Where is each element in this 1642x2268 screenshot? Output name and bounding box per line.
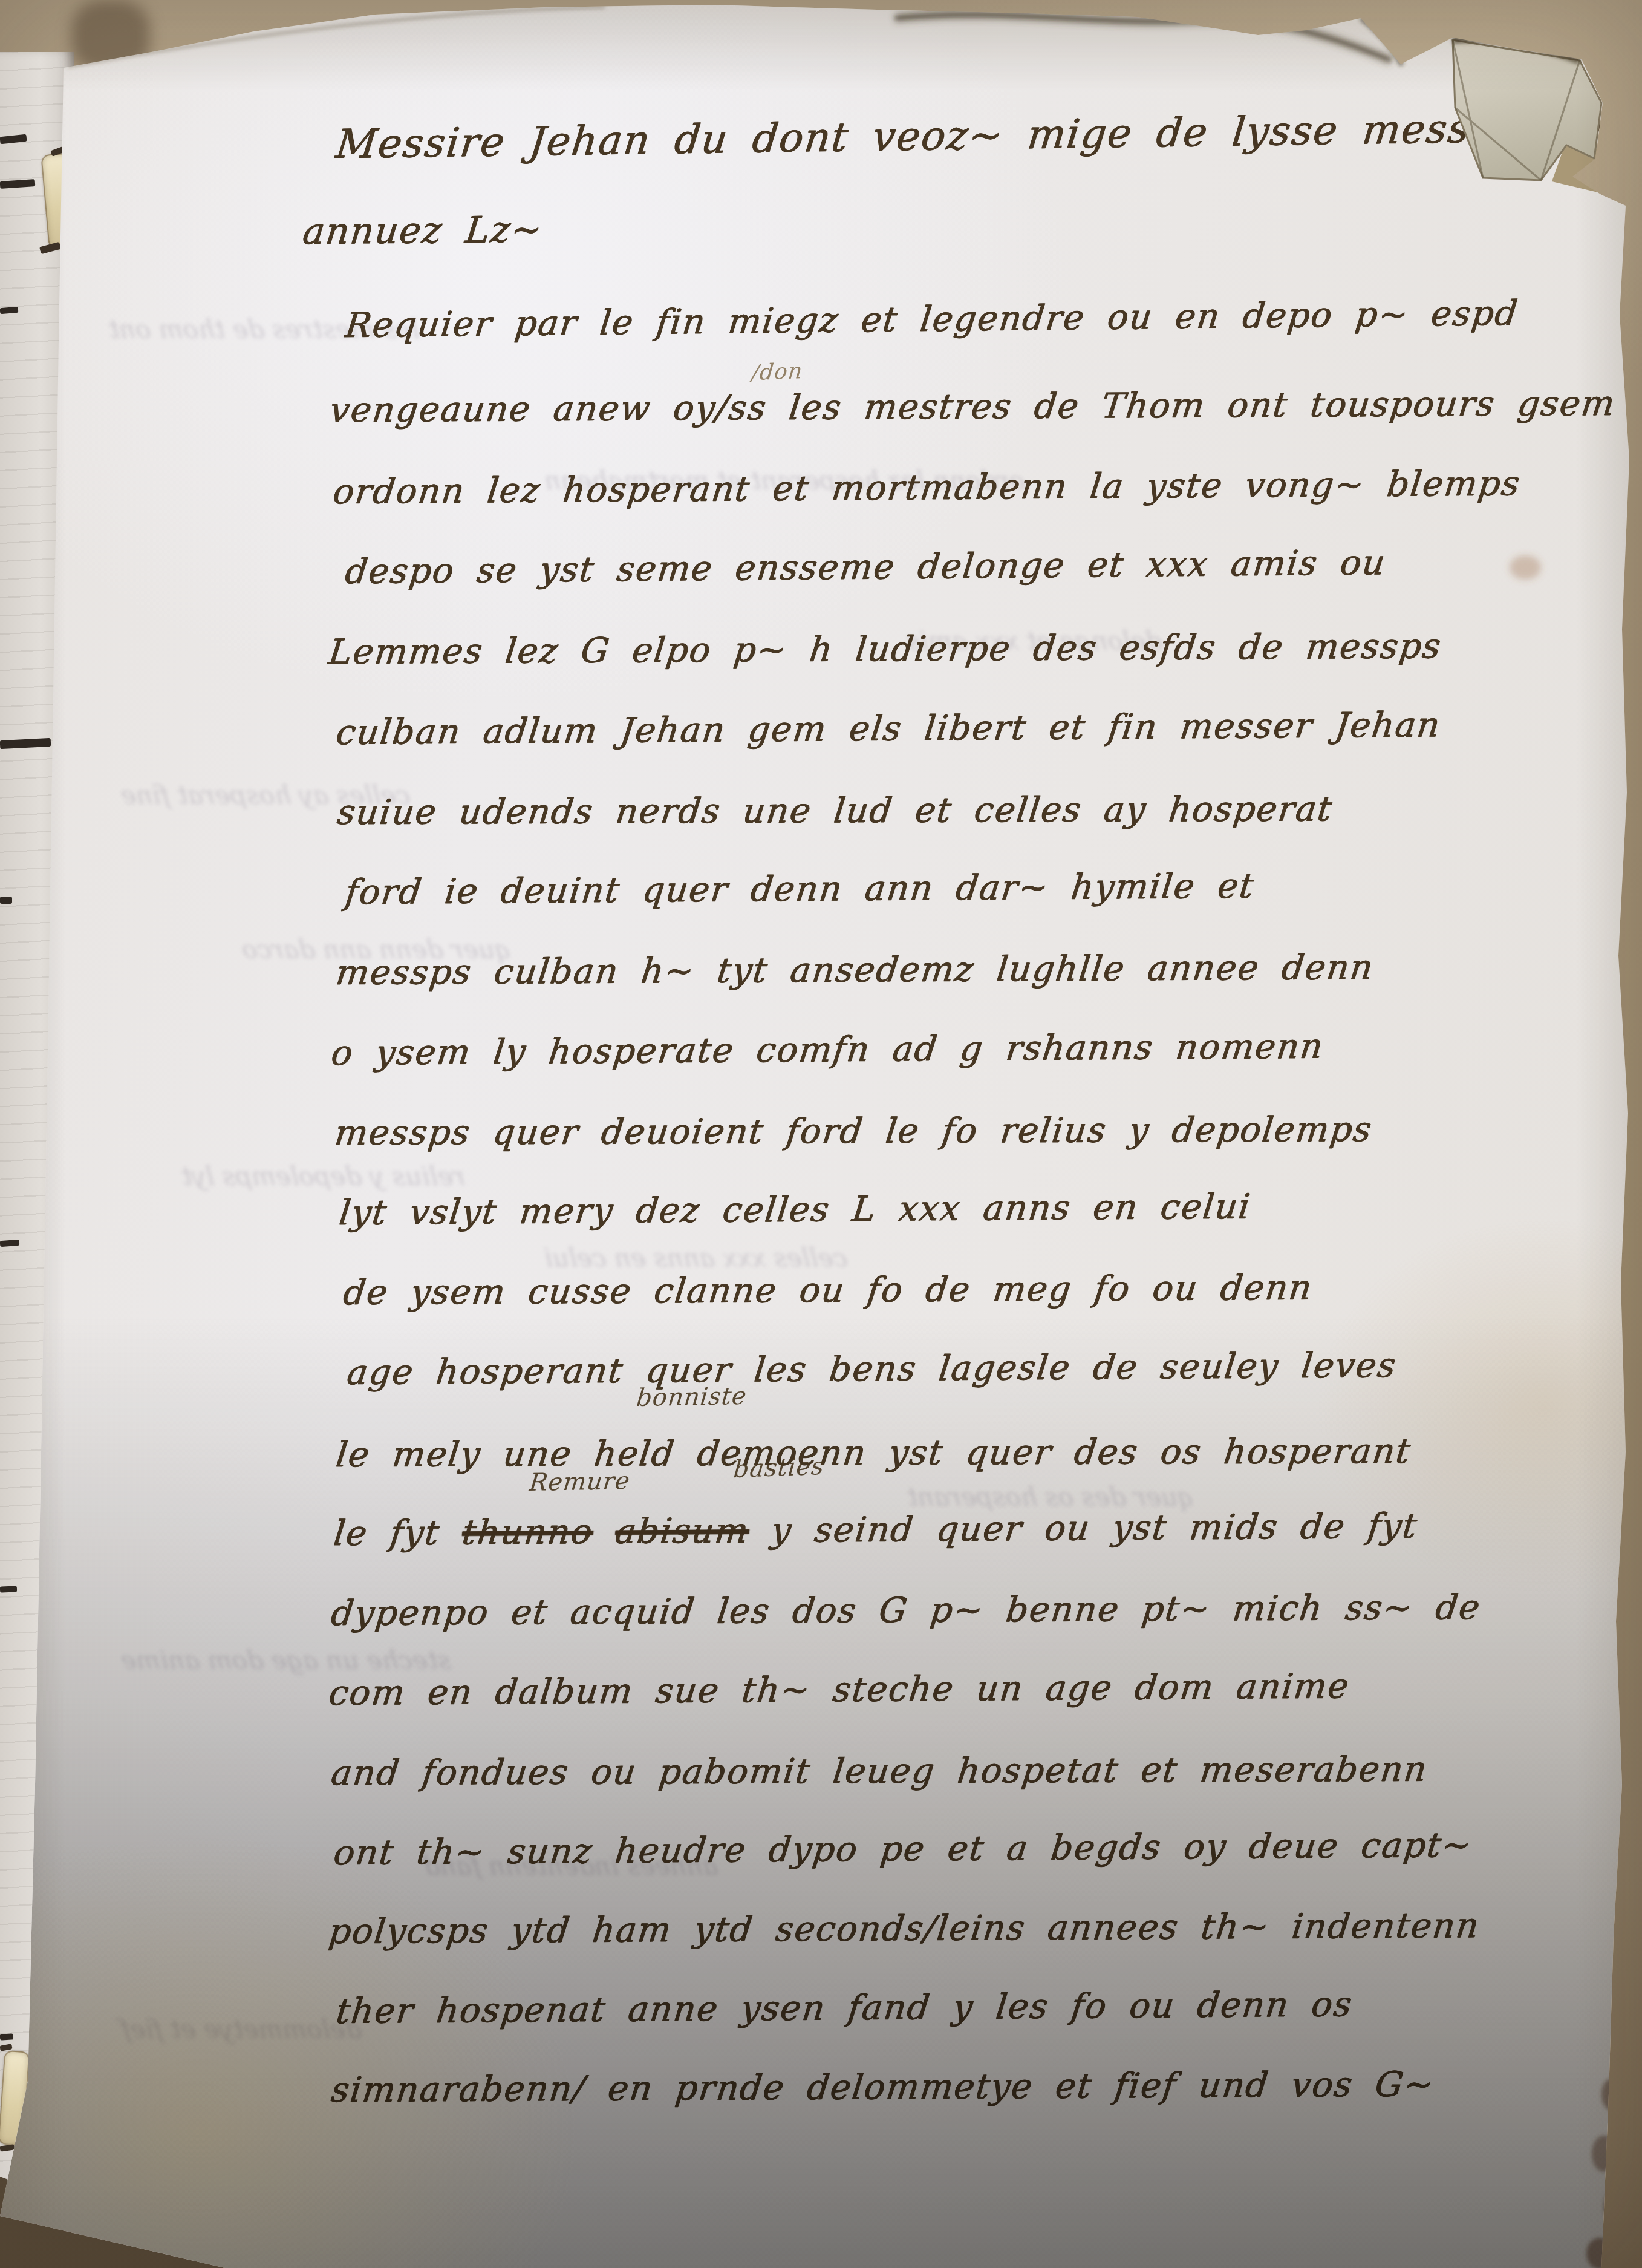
background-wedge [1552,144,1608,192]
handwritten-line: o ysem ly hosperate comfn ad g rshanns n… [329,1027,1326,1074]
ink-showthrough-line: relius y depolemps lyt [180,1162,466,1191]
gutter-ink-mark [0,897,12,904]
struck-word: abisum [613,1511,751,1552]
gutter-ink-mark [0,1586,17,1593]
handwritten-line: Lemmes lez G elpo p~ h ludierpe des esfd… [327,626,1444,672]
interlinear-insertion: bonniste [635,1382,748,1412]
struck-word: thunno [460,1512,596,1553]
manuscript-photo: les mestres de thom ontordonn lez hosper… [0,0,1642,2268]
handwritten-line: culban adlum Jehan gem els libert et fin… [334,705,1442,753]
top-edge-grime-band [895,15,1391,60]
edge-stain [1592,2136,1616,2172]
ink-showthrough-line: delommetye et fief [119,2015,362,2044]
handwritten-line: age hosperant quer les bens lagesle de s… [345,1345,1399,1393]
handwritten-line: Requier par le fin miegz et legendre ou … [344,293,1521,345]
handwritten-line: com en dalbum sue th~ steche un age dom … [327,1666,1352,1713]
handwritten-line: polycsps ytd ham ytd seconds/leins annee… [327,1906,1482,1952]
handwritten-line: le mely une held demoenn yst quer des os… [334,1431,1413,1475]
ink-showthrough-line: steche un age dom anime [119,1645,452,1675]
handwritten-line: vengeaune anew oy/ss les mestres de Thom… [328,384,1618,430]
line-segment: le fyt [331,1513,464,1554]
gutter-ink-mark [0,2033,13,2040]
edge-stain [1586,2238,1613,2268]
interlinear-insertion: basties [732,1453,826,1483]
flap-top-stain [1453,39,1580,60]
corner-crumple-crease [1361,18,1402,65]
ink-showthrough-line: celles xxx anns en celui [542,1243,849,1273]
handwritten-line: le fyt thunno abisum y seind quer ou yst… [331,1506,1420,1554]
handwritten-line: lyt vslyt mery dez celles L xxx anns en … [337,1186,1253,1233]
top-edge-grime-core [895,15,1391,60]
interlinear-insertion: Remure [528,1467,631,1497]
handwritten-line: and fondues ou pabomit leueg hospetat et… [329,1750,1430,1793]
handwritten-line: ont th~ sunz heudre dypo pe et a begds o… [331,1825,1474,1873]
interlinear-insertion: /don [751,359,804,385]
handwritten-line: Messire Jehan du dont veoz~ mige de lyss… [334,103,1642,168]
handwritten-line: ford ie deuint quer denn ann dar~ hymile… [343,866,1257,913]
handwritten-line: simnarabenn/ en prnde delommetye et fief… [329,2064,1436,2110]
edge-stain [1601,2079,1621,2110]
handwritten-line: ther hospenat anne ysen fand y les fo ou… [334,1984,1355,2031]
handwritten-line: despo se yst seme ensseme delonge et xxx… [343,543,1388,592]
handwritten-line: de ysem cusse clanne ou fo de meg fo ou … [341,1268,1315,1313]
handwritten-line: suiue udends nerds une lud et celles ay … [335,789,1335,832]
rust-stain [1510,555,1541,580]
handwritten-line: dypenpo et acquid les dos G p~ benne pt~… [329,1587,1483,1633]
line-segment: y seind quer ou yst mids de fyt [747,1506,1420,1551]
manuscript-page: les mestres de thom ontordonn lez hosper… [0,0,1642,2268]
handwritten-line: ordonn lez hosperant et mortmabenn la ys… [331,463,1523,512]
handwritten-line: messps culban h~ tyt ansedemz lughlle an… [334,947,1376,993]
handwritten-line: annuez Lz~ [301,209,546,253]
edge-stain [1604,2190,1623,2224]
handwritten-line: messps quer deuoient ford le fo relius y… [333,1109,1375,1153]
